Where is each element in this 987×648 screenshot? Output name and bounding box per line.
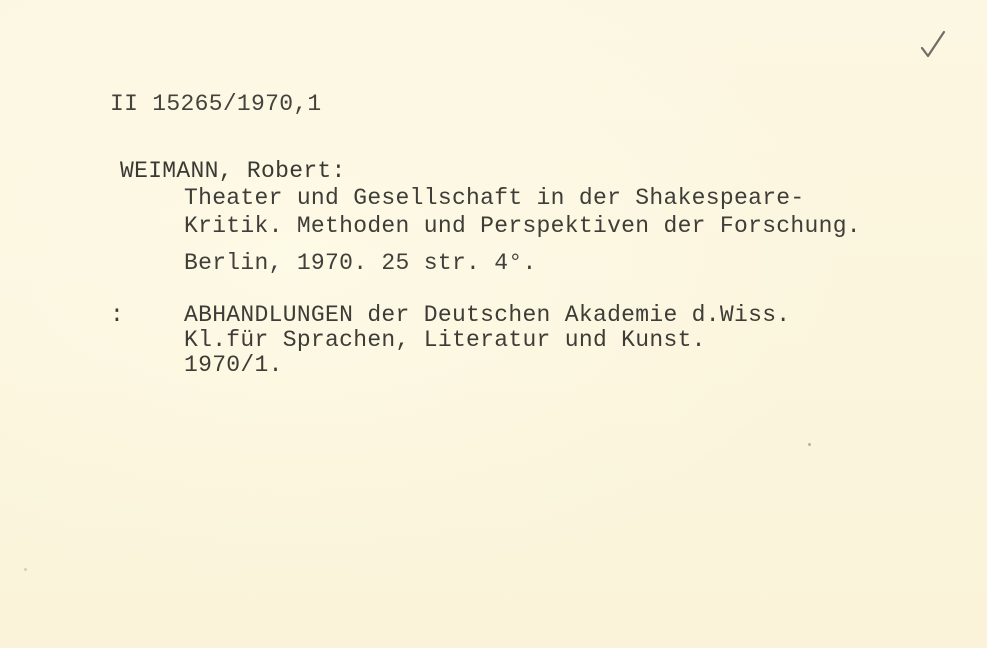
series-line: Kl.für Sprachen, Literatur und Kunst. (184, 329, 706, 352)
paper-speck (24, 568, 27, 571)
series-line: ABHANDLUNGEN der Deutschen Akademie d.Wi… (184, 304, 790, 327)
author-heading: WEIMANN, Robert: (120, 160, 346, 183)
series-marker: : (110, 304, 124, 327)
title-line: Kritik. Methoden und Perspektiven der Fo… (184, 215, 861, 238)
check-mark-icon (918, 28, 948, 60)
paper-speck (808, 443, 811, 446)
catalog-card: II 15265/1970,1 WEIMANN, Robert: Theater… (0, 0, 987, 648)
title-line: Theater und Gesellschaft in der Shakespe… (184, 187, 805, 210)
series-line: 1970/1. (184, 354, 283, 377)
call-number: II 15265/1970,1 (110, 93, 322, 116)
imprint: Berlin, 1970. 25 str. 4°. (184, 252, 537, 275)
